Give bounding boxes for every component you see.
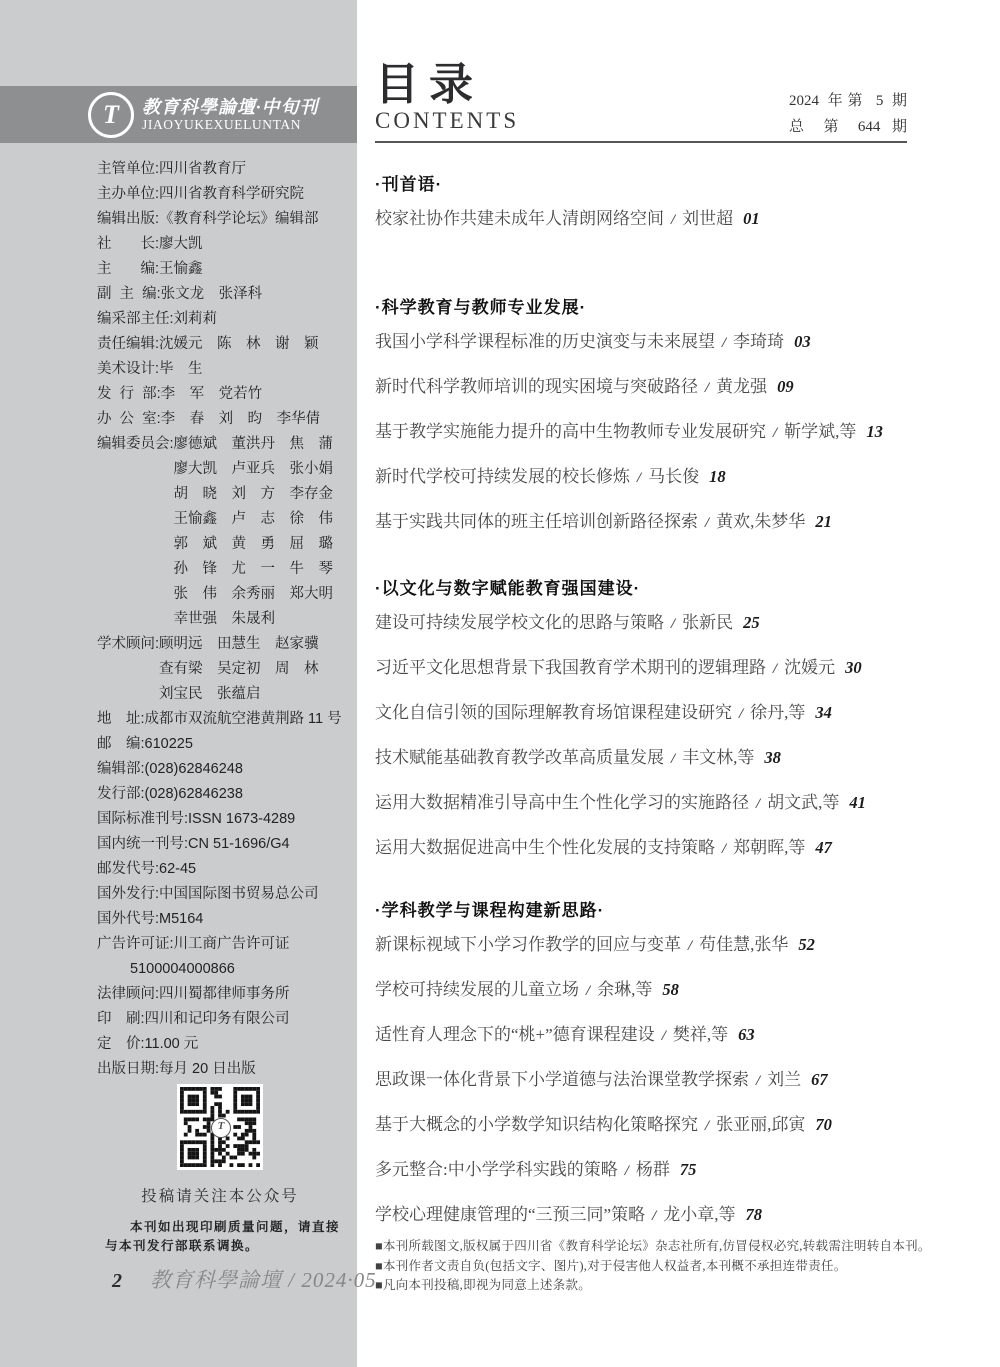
article-authors: 樊祥,等	[673, 1025, 728, 1044]
slash-separator: /	[637, 470, 641, 486]
article-authors: 丰文林,等	[682, 748, 754, 767]
article-row: 基于教学实施能力提升的高中生物教师专业发展研究/靳学斌,等13	[375, 410, 935, 455]
article-page-number: 47	[815, 838, 832, 857]
article-title: 适性育人理念下的“桃+”德育课程建设	[375, 1025, 655, 1044]
sidebar: T 教育科學論壇·中旬刊 JIAOYUKEXUELUNTAN 主管单位:四川省教…	[0, 0, 357, 1367]
article-row: 习近平文化思想背景下我国教育学术期刊的逻辑理路/沈媛元30	[375, 646, 935, 691]
article-row: 运用大数据精准引导高中生个性化学习的实施路径/胡文武,等41	[375, 781, 935, 826]
article-authors: 黄龙强	[716, 377, 767, 396]
article-authors: 黄欢,朱梦华	[716, 512, 805, 531]
article-row: 基于大概念的小学数学知识结构化策略探究/张亚丽,邱寅70	[375, 1103, 935, 1148]
article-title: 我国小学科学课程标准的历史演变与未来展望	[375, 332, 715, 351]
section-heading: ·学科教学与课程构建新思路·	[375, 899, 935, 923]
section-heading: ·科学教育与教师专业发展·	[375, 296, 935, 320]
article-authors: 靳学斌,等	[784, 422, 856, 441]
masthead-line: 编辑委员会:廖德斌 董洪丹 焦 蒲	[97, 432, 352, 457]
masthead-line: 社 长:廖大凯	[97, 232, 352, 257]
section-heading: ·刊首语·	[375, 173, 935, 197]
masthead-line: 查有梁 吴定初 周 林	[97, 657, 352, 682]
qr-code: T	[177, 1084, 263, 1170]
article-row: 我国小学科学课程标准的历史演变与未来展望/李琦琦03	[375, 320, 935, 365]
footnote: ■本刊所载图文,版权属于四川省《教育科学论坛》杂志社所有,仿冒侵权必究,转载需注…	[375, 1237, 950, 1257]
masthead-line: 地 址:成都市双流航空港黄荆路 11 号	[97, 707, 352, 732]
article-title: 建设可持续发展学校文化的思路与策略	[375, 613, 664, 632]
article-authors: 胡文武,等	[767, 793, 839, 812]
article-page-number: 70	[815, 1115, 832, 1134]
magazine-toc-page: T 教育科學論壇·中旬刊 JIAOYUKEXUELUNTAN 主管单位:四川省教…	[0, 0, 1000, 1367]
slash-separator: /	[671, 616, 675, 632]
masthead-line: 邮 编:610225	[97, 732, 352, 757]
page-footer: 2 教育科學論壇 / 2024·05	[112, 1264, 377, 1294]
article-authors: 张新民	[682, 613, 733, 632]
slash-separator: /	[722, 841, 726, 857]
article-page-number: 38	[764, 748, 781, 767]
toc-sections: ·刊首语· 校家社协作共建未成年人清朗网络空间/刘世超01 ·科学教育与教师专业…	[375, 143, 935, 1238]
article-page-number: 75	[680, 1160, 697, 1179]
slash-separator: /	[773, 425, 777, 441]
article-row: 学校可持续发展的儿童立场/余琳,等58	[375, 968, 935, 1013]
article-title: 学校心理健康管理的“三预三同”策略	[375, 1205, 645, 1224]
footnote: ■凡向本刊投稿,即视为同意上述条款。	[375, 1276, 950, 1296]
article-title: 技术赋能基础教育教学改革高质量发展	[375, 748, 664, 767]
masthead-line: 主 编:王愉鑫	[97, 257, 352, 282]
article-page-number: 03	[794, 332, 811, 351]
masthead-line: 责任编辑:沈媛元 陈 林 谢 颖	[97, 332, 352, 357]
section-subject-teaching: ·学科教学与课程构建新思路· 新课标视域下小学习作教学的回应与变革/苟佳慧,张华…	[375, 899, 935, 1238]
qr-center-logo-icon: T	[211, 1118, 231, 1138]
masthead-line: 办 公 室:李 春 刘 昀 李华倩	[97, 407, 352, 432]
article-row: 思政课一体化背景下小学道德与法治课堂教学探索/刘兰67	[375, 1058, 935, 1103]
article-title: 运用大数据精准引导高中生个性化学习的实施路径	[375, 793, 749, 812]
article-row: 多元整合:中小学学科实践的策略/杨群75	[375, 1148, 935, 1193]
issue-total-number: 总 第 644 期	[789, 114, 907, 140]
article-row: 新时代学校可持续发展的校长修炼/马长俊18	[375, 455, 935, 500]
copyright-footnotes: ■本刊所载图文,版权属于四川省《教育科学论坛》杂志社所有,仿冒侵权必究,转载需注…	[375, 1237, 950, 1296]
article-authors: 余琳,等	[597, 980, 652, 999]
masthead-info: 主管单位:四川省教育厅 主办单位:四川省教育科学研究院 编辑出版:《教育科学论坛…	[97, 157, 352, 1082]
article-list: 新课标视域下小学习作教学的回应与变革/苟佳慧,张华52 学校可持续发展的儿童立场…	[375, 923, 935, 1238]
article-title: 学校可持续发展的儿童立场	[375, 980, 579, 999]
article-row: 建设可持续发展学校文化的思路与策略/张新民25	[375, 601, 935, 646]
article-row: 学校心理健康管理的“三预三同”策略/龙小章,等78	[375, 1193, 935, 1238]
masthead-line: 国外代号:M5164	[97, 907, 352, 932]
masthead-line: 印 刷:四川和记印务有限公司	[97, 1007, 352, 1032]
article-page-number: 67	[811, 1070, 828, 1089]
article-page-number: 78	[746, 1205, 763, 1224]
article-row: 文化自信引领的国际理解教育场馆课程建设研究/徐丹,等34	[375, 691, 935, 736]
slash-separator: /	[739, 706, 743, 722]
article-authors: 刘世超	[682, 209, 733, 228]
article-title: 新时代学校可持续发展的校长修炼	[375, 467, 630, 486]
article-page-number: 41	[849, 793, 866, 812]
masthead-line: 孙 锋 尤 一 牛 琴	[97, 557, 352, 582]
page-number: 2	[112, 1270, 122, 1292]
slash-separator: /	[625, 1163, 629, 1179]
article-title: 新课标视域下小学习作教学的回应与变革	[375, 935, 681, 954]
masthead-line: 幸世强 朱晟利	[97, 607, 352, 632]
masthead-line: 学术顾问:顾明远 田慧生 赵家骥	[97, 632, 352, 657]
article-title: 运用大数据促进高中生个性化发展的支持策略	[375, 838, 715, 857]
article-title: 校家社协作共建未成年人清朗网络空间	[375, 209, 664, 228]
masthead-line: 出版日期:每月 20 日出版	[97, 1057, 352, 1082]
article-title: 习近平文化思想背景下我国教育学术期刊的逻辑理路	[375, 658, 766, 677]
article-page-number: 63	[738, 1025, 755, 1044]
contents-header: 目录 CONTENTS 2024 年第 5 期 总 第 644 期	[375, 0, 907, 143]
article-row: 运用大数据促进高中生个性化发展的支持策略/郑朝晖,等47	[375, 826, 935, 871]
article-page-number: 34	[815, 703, 832, 722]
article-page-number: 58	[662, 980, 679, 999]
masthead-line: 国内统一刊号:CN 51-1696/G4	[97, 832, 352, 857]
qr-caption: 投稿请关注本公众号	[95, 1184, 345, 1206]
issue-year-number: 2024 年第 5 期	[789, 88, 907, 114]
article-list: 校家社协作共建未成年人清朗网络空间/刘世超01	[375, 197, 935, 242]
article-row: 校家社协作共建未成年人清朗网络空间/刘世超01	[375, 197, 935, 242]
print-quality-note: 本刊如出现印刷质量问题，请直接与本刊发行部联系调换。	[105, 1218, 341, 1256]
section-science-education: ·科学教育与教师专业发展· 我国小学科学课程标准的历史演变与未来展望/李琦琦03…	[375, 296, 935, 545]
article-authors: 沈媛元	[784, 658, 835, 677]
article-title: 基于教学实施能力提升的高中生物教师专业发展研究	[375, 422, 766, 441]
slash-separator: /	[662, 1028, 666, 1044]
article-page-number: 09	[777, 377, 794, 396]
masthead-line: 王愉鑫 卢 志 徐 伟	[97, 507, 352, 532]
article-title: 新时代科学教师培训的现实困境与突破路径	[375, 377, 698, 396]
article-row: 新课标视域下小学习作教学的回应与变革/苟佳慧,张华52	[375, 923, 935, 968]
section-heading: ·以文化与数字赋能教育强国建设·	[375, 577, 935, 601]
journal-name-cn: 教育科學論壇·中旬刊	[142, 97, 319, 117]
article-authors: 李琦琦	[733, 332, 784, 351]
article-row: 新时代科学教师培训的现实困境与突破路径/黄龙强09	[375, 365, 935, 410]
footnote: ■本刊作者文责自负(包括文字、图片),对于侵害他人权益者,本刊概不承担连带责任。	[375, 1257, 950, 1277]
article-page-number: 30	[845, 658, 862, 677]
article-page-number: 01	[743, 209, 760, 228]
slash-separator: /	[773, 661, 777, 677]
article-page-number: 13	[866, 422, 883, 441]
article-title: 基于实践共同体的班主任培训创新路径探索	[375, 512, 698, 531]
article-title: 文化自信引领的国际理解教育场馆课程建设研究	[375, 703, 732, 722]
masthead-line: 郭 斌 黄 勇 屈 璐	[97, 532, 352, 557]
masthead-line: 发行部:(028)62846238	[97, 782, 352, 807]
masthead-line: 刘宝民 张蕴启	[97, 682, 352, 707]
masthead-line: 编辑部:(028)62846248	[97, 757, 352, 782]
journal-logo-band: T 教育科學論壇·中旬刊 JIAOYUKEXUELUNTAN	[0, 86, 357, 143]
article-row: 适性育人理念下的“桃+”德育课程建设/樊祥,等63	[375, 1013, 935, 1058]
masthead-line: 廖大凯 卢亚兵 张小娟	[97, 457, 352, 482]
masthead-line: 胡 晓 刘 方 李存金	[97, 482, 352, 507]
masthead-line: 编采部主任:刘莉莉	[97, 307, 352, 332]
slash-separator: /	[671, 751, 675, 767]
article-authors: 刘兰	[767, 1070, 801, 1089]
slash-separator: /	[705, 515, 709, 531]
article-title: 基于大概念的小学数学知识结构化策略探究	[375, 1115, 698, 1134]
article-authors: 苟佳慧,张华	[699, 935, 788, 954]
masthead-line: 主办单位:四川省教育科学研究院	[97, 182, 352, 207]
footer-journal-name: 教育科學論壇 / 2024·05	[150, 1268, 377, 1292]
article-title: 思政课一体化背景下小学道德与法治课堂教学探索	[375, 1070, 749, 1089]
issue-info: 2024 年第 5 期 总 第 644 期	[789, 88, 907, 140]
masthead-line: 美术设计:毕 生	[97, 357, 352, 382]
journal-logo-icon: T	[88, 92, 134, 138]
article-authors: 郑朝晖,等	[733, 838, 805, 857]
masthead-line: 广告许可证:川工商广告许可证	[97, 932, 352, 957]
masthead-line: 邮发代号:62-45	[97, 857, 352, 882]
article-authors: 龙小章,等	[663, 1205, 735, 1224]
journal-name-pinyin: JIAOYUKEXUELUNTAN	[142, 117, 319, 132]
article-title: 多元整合:中小学学科实践的策略	[375, 1160, 618, 1179]
slash-separator: /	[688, 938, 692, 954]
masthead-line: 发 行 部:李 军 党若竹	[97, 382, 352, 407]
article-authors: 张亚丽,邱寅	[716, 1115, 805, 1134]
journal-logo-text: 教育科學論壇·中旬刊 JIAOYUKEXUELUNTAN	[142, 97, 319, 132]
article-authors: 杨群	[636, 1160, 670, 1179]
article-page-number: 25	[743, 613, 760, 632]
masthead-line: 副 主 编:张文龙 张泽科	[97, 282, 352, 307]
slash-separator: /	[705, 1118, 709, 1134]
article-authors: 马长俊	[648, 467, 699, 486]
article-list: 我国小学科学课程标准的历史演变与未来展望/李琦琦03 新时代科学教师培训的现实困…	[375, 320, 935, 545]
logo-monogram: T	[103, 102, 119, 128]
masthead-line: 编辑出版:《教育科学论坛》编辑部	[97, 207, 352, 232]
article-row: 技术赋能基础教育教学改革高质量发展/丰文林,等38	[375, 736, 935, 781]
slash-separator: /	[652, 1208, 656, 1224]
slash-separator: /	[671, 212, 675, 228]
masthead-line: 主管单位:四川省教育厅	[97, 157, 352, 182]
article-page-number: 52	[798, 935, 815, 954]
slash-separator: /	[705, 380, 709, 396]
article-page-number: 21	[815, 512, 832, 531]
slash-separator: /	[756, 1073, 760, 1089]
masthead-line: 定 价:11.00 元	[97, 1032, 352, 1057]
article-page-number: 18	[709, 467, 726, 486]
slash-separator: /	[586, 983, 590, 999]
qr-block: T 投稿请关注本公众号 本刊如出现印刷质量问题，请直接与本刊发行部联系调换。	[95, 1084, 345, 1256]
masthead-line: 国际标准刊号:ISSN 1673-4289	[97, 807, 352, 832]
section-culture-digital: ·以文化与数字赋能教育强国建设· 建设可持续发展学校文化的思路与策略/张新民25…	[375, 577, 935, 871]
masthead-line: 法律顾问:四川蜀都律师事务所	[97, 982, 352, 1007]
slash-separator: /	[722, 335, 726, 351]
section-foreword: ·刊首语· 校家社协作共建未成年人清朗网络空间/刘世超01	[375, 173, 935, 242]
masthead-line: 张 伟 余秀丽 郑大明	[97, 582, 352, 607]
masthead-line: 国外发行:中国国际图书贸易总公司	[97, 882, 352, 907]
masthead-line: 5100004000866	[97, 957, 352, 982]
article-authors: 徐丹,等	[750, 703, 805, 722]
article-row: 基于实践共同体的班主任培训创新路径探索/黄欢,朱梦华21	[375, 500, 935, 545]
article-list: 建设可持续发展学校文化的思路与策略/张新民25 习近平文化思想背景下我国教育学术…	[375, 601, 935, 871]
slash-separator: /	[756, 796, 760, 812]
